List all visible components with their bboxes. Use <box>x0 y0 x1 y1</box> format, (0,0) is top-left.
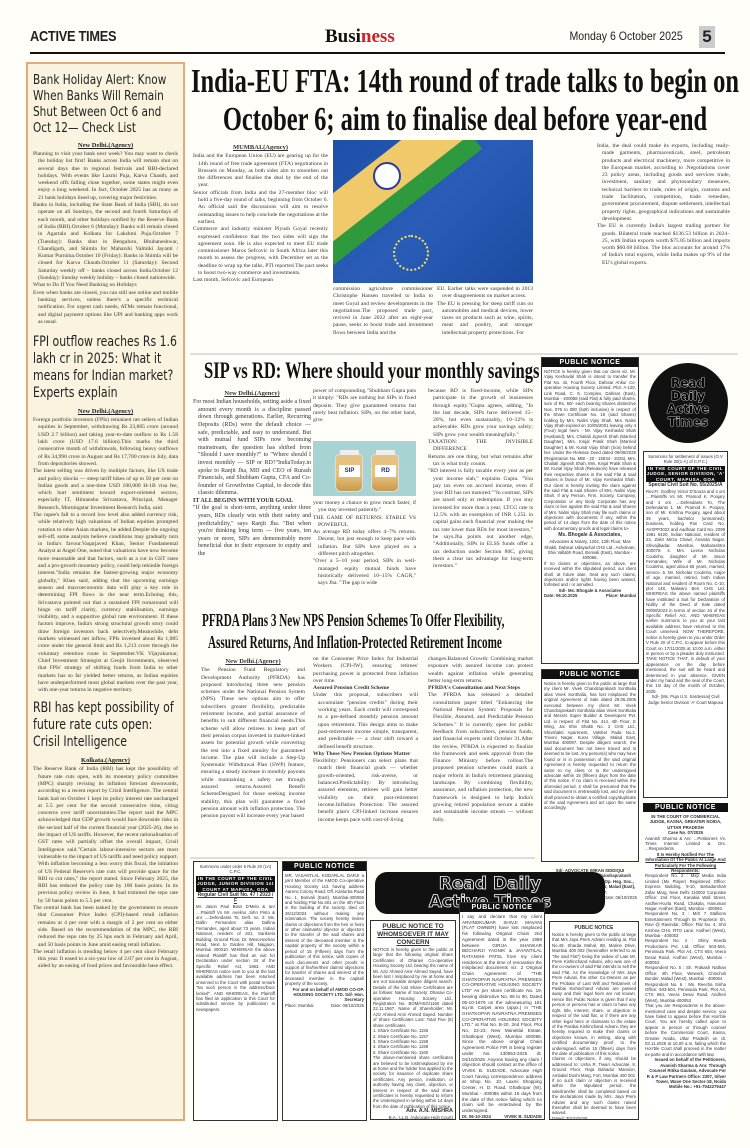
paragraph: commission agriculture commissioner Chri… <box>333 286 433 337</box>
subheading: THE GAME OF RETURNS: STABLE VS POWERFUL <box>313 515 416 530</box>
paragraph: Commerce and industry minister Piyush Go… <box>193 226 328 277</box>
paragraph: The PFRDA has released a detailed consul… <box>428 692 533 823</box>
notice-title: PUBLIC NOTICE <box>542 358 638 367</box>
divider <box>190 353 738 355</box>
article-headline: Bank Holiday Alert: Know When Banks Will… <box>33 72 178 136</box>
notice-date: Date: 06/10/2025 <box>331 1003 364 1008</box>
notice-place: Place: Mumbai <box>462 1119 492 1120</box>
notice-date: Date: 06.10.2025 <box>544 593 577 598</box>
sip-jar: SIP <box>335 454 363 492</box>
paragraph: changes.Balanced Growth: Combining marke… <box>428 656 533 685</box>
paragraph: India, the deal could make its exports, … <box>597 143 730 223</box>
subheading: Why These New Pension Options Matter <box>313 751 418 758</box>
paragraph: "Over a 5–10 year period, SIPs in well-m… <box>313 558 416 587</box>
notice-date: Date: 06/10/2025 <box>604 895 637 900</box>
notice-body: Notice is hereby given to the public at … <box>552 932 636 1056</box>
notice-body: NOTICE is hereby given that our client v… <box>544 369 636 531</box>
notice-footer: If no claims or objections, as above, ar… <box>544 561 636 588</box>
paragraph: Flexibility: Pensioners can select plans… <box>313 758 418 824</box>
paragraph: What to Do If You Need Banking on Holida… <box>33 282 178 289</box>
subheading: Assured Pension Credit Scheme <box>313 685 418 692</box>
notice-role: B.A., LL.B. (Advocate High Court) Lawyer… <box>373 1115 453 1120</box>
notice-address: Advocates & Notary, 1202, 12th Floor, Ma… <box>544 539 636 561</box>
paragraph: Even when banks are closed, you can stil… <box>33 290 178 326</box>
notice-body: Notice is hereby given to the public at … <box>544 681 636 811</box>
subheading: TAXATION: THE INVISIBLE DIFFERENCE <box>428 439 533 454</box>
court-summons-mapusa-junior: Summons under order 5 Rule 20 (1A) C.P.C… <box>193 861 278 1121</box>
notice-body: NOTICE is hereby given to the public at … <box>373 947 453 1028</box>
public-notice-amod: PUBLIC NOTICE MR. VASANTLAL KODARLAL DAR… <box>282 861 367 1121</box>
notice-intro: It Is Hereby Notified For The Informatio… <box>645 852 726 874</box>
paragraph: Under this proposal, subscribers will ac… <box>313 692 418 750</box>
notice-date: Dated: 30/10/2025 <box>552 1116 636 1120</box>
respondent: Respondent No. 3 : M/S 7 Stallions Enter… <box>645 911 726 938</box>
public-notice-commercial-court: PUBLIC NOTICE IN THE COURT OF COMMERCIAL… <box>643 803 728 1115</box>
subheading: PFRDA's Consultation and Next Steps <box>428 685 533 692</box>
notice-title: PUBLIC NOTICE <box>643 803 728 812</box>
summons-court: IN THE COURT OF THE CIVIL JUDGE, JUNIOR … <box>196 876 275 893</box>
article-body: The Reserve Bank of India (RBI) has kept… <box>33 766 178 970</box>
notice-tail: If no such claim or objection is receive… <box>552 1078 636 1116</box>
paragraph: The EU is pressing for steep tariff cuts… <box>437 301 533 337</box>
dateline: New Delhi.(Agency) <box>33 408 178 415</box>
summons-sign: Sd/- (Ms. Puja U.S. Sardessai) Civil Jud… <box>646 694 725 705</box>
sip-col-1: New Delhi.(Agency) For most Indian house… <box>193 388 311 558</box>
article-body: Foreign portfolio investors (FPIs) remai… <box>33 417 178 694</box>
notice-footer: Issued on behalf of the Petitioners, Ava… <box>645 1057 726 1089</box>
paragraph: your money a chance to grow much faster,… <box>313 500 416 515</box>
paragraph: Returns are one thing, but what remains … <box>428 454 533 469</box>
lead-col-3: EU. Earlier talks were suspended in 2013… <box>437 286 533 337</box>
paragraph: "If the goal is short-term, anything und… <box>193 505 311 558</box>
paragraph: EU. Earlier talks were suspended in 2013… <box>437 286 533 301</box>
pfrda-col-1: New Delhi.(Agency) The Pension Fund Regu… <box>201 656 305 821</box>
paragraph: The Pension Fund Regulatory and Developm… <box>201 667 305 820</box>
summons-court: IN THE COURT OF THE CIVIL JUDGE, SENIOR … <box>646 466 725 483</box>
lead-headline: India-EU FTA: 14th round of trade talks … <box>190 63 740 139</box>
paragraph: Senior officials from India and the 27-m… <box>193 190 328 226</box>
notice-court: IN THE COURT OF COMMERCIAL JUDGE, KASNA,… <box>645 814 726 830</box>
respondent: Respondent No. 5 : Sh. Prakash Nathan Of… <box>645 965 726 981</box>
public-notice-sonthalia: PUBLIC NOTICE Notice is hereby given to … <box>541 669 639 862</box>
eu-stars-icon <box>393 235 429 271</box>
article-headline: RBI has kept possibility of future rate … <box>33 700 178 751</box>
left-column: Bank Holiday Alert: Know When Banks Will… <box>26 62 185 1121</box>
paragraph: India and the European Union (EU) are ge… <box>193 153 328 189</box>
paragraph: Banks in India, including the State Bank… <box>33 202 178 282</box>
paragraph: The rupee's fall to a record low level a… <box>33 512 178 694</box>
notice-role: Advocate High Court <box>499 1119 542 1120</box>
paragraph: "RD interest is fully taxable every year… <box>428 468 533 570</box>
respondent: Respondent No. 4 : Shiny Keeda Productio… <box>645 938 726 965</box>
paragraph: power of compounding."Shubham Gupta puts… <box>313 388 416 424</box>
lead-col-4: India, the deal could make its exports, … <box>597 143 730 267</box>
summons-header: Summons under order 5 Rule 20 (1A) C.P.C… <box>196 864 275 875</box>
sip-col-2: power of compounding."Shubham Gupta puts… <box>313 388 416 424</box>
dateline: MUMBAI.(Agency) <box>193 144 328 151</box>
paragraph: The retail inflation is trending below 4… <box>33 949 178 971</box>
respondent: Respondent No. 2 : Mxp Media India Limit… <box>645 873 726 911</box>
page-header: ACTIVE TIMES Business Monday 6 October 2… <box>30 24 725 54</box>
paragraph: Planning to visit your bank next week? Y… <box>33 151 178 202</box>
paragraph: Last month, Sefcovic and European <box>193 277 328 284</box>
paragraph: An average RD today offers 4–7% returns.… <box>313 529 416 558</box>
divider <box>190 857 535 859</box>
paragraph: The Reserve Bank of India (RBI) has kept… <box>33 766 178 905</box>
article-headline: FPI outflow reaches Rs 1.6 lakh cr in 20… <box>33 334 178 402</box>
india-eu-flag-photo <box>333 140 533 283</box>
banner-line: Read Daily <box>439 874 542 894</box>
notice-body: I say and declare that my client ARVINDK… <box>462 914 542 1114</box>
paragraph: For most Indian households, setting asid… <box>193 399 311 498</box>
notice-title: PUBLIC NOTICE <box>283 862 366 871</box>
chakra-icon <box>373 162 401 190</box>
pfrda-col-2: on the Consumer Price Index for Industri… <box>313 656 418 824</box>
pfrda-headline-line1: PFRDA Plans 3 New NPS Pension Schemes To… <box>202 610 504 631</box>
paragraph: on the Consumer Price Index for Industri… <box>313 656 418 685</box>
lead-col-1: MUMBAI.(Agency) India and the European U… <box>193 142 328 285</box>
summons-suit: Special Civil Suit No. 55/2025/A <box>646 483 725 488</box>
section-title: Business <box>325 26 395 48</box>
article-body: Planning to visit your bank next week? Y… <box>33 151 178 326</box>
notice-footer: For and on behalf of AMOD CO-OP. HOUSING… <box>285 987 364 1003</box>
notice-place: Place: Mumbai <box>285 1003 313 1008</box>
notice-address: Claims or objections, if any, should be … <box>552 1056 636 1078</box>
notice-title: PUBLIC NOTICE <box>542 670 638 679</box>
respondent: Respondent No. 6 : Ms. Reecha Sinha Offi… <box>645 982 726 1004</box>
notice-body: MR. VASANTLAL KODARLAL DARJI a joint Mem… <box>285 873 364 987</box>
notice-signatory: Ms. Bhogale & Associates, <box>544 531 636 539</box>
dateline: New Delhi.(Agency) <box>33 142 178 149</box>
paragraph: The central bank has been tasked by the … <box>33 905 178 949</box>
rd-jar: RD <box>371 454 399 492</box>
lead-col-2: commission agriculture commissioner Chri… <box>333 286 433 337</box>
sip-col-2b: your money a chance to grow much faster,… <box>313 500 416 588</box>
notice-tail: The above-mentioned share certificates a… <box>373 1055 453 1109</box>
lead-headline-wrap: India-EU FTA: 14th round of trade talks … <box>190 63 740 143</box>
section-title-part2: ness <box>361 26 395 47</box>
notice-title: PUBLIC NOTICE TO WHOMSOEVER IT MAY CONCE… <box>373 923 453 947</box>
notice-title: PUBLIC NOTICE <box>552 924 636 932</box>
public-notice-ghatkopar: PUBLIC NOTICE I say and declare that my … <box>459 902 545 1120</box>
sip-rd-jars-photo: SIP RD <box>313 441 416 496</box>
notice-parties: Avanish Sharma & Anr. ...Petitioners Vs.… <box>645 836 726 852</box>
public-notice-shah: PUBLIC NOTICE NOTICE is hereby given tha… <box>541 357 639 664</box>
paragraph: The latest selling was driven by multipl… <box>33 468 178 512</box>
summons-header: Summons for settlement of issues (O.V Ru… <box>646 454 725 465</box>
section-title-part1: Busi <box>325 26 361 47</box>
read-daily-active-times-badge: Read Daily Active Times <box>648 363 728 443</box>
summons-suit: Regular Civil Suit No. 47 / 2023 / F <box>196 893 275 904</box>
court-summons-mapusa-senior: Summons for settlement of issues (O.V Ru… <box>643 451 728 798</box>
paragraph: because RD is fixed-income, while SIPs p… <box>428 388 533 439</box>
page-number: 5 <box>699 26 715 48</box>
paragraph: Foreign portfolio investors (FPIs) remai… <box>33 417 178 468</box>
sip-headline: SIP vs RD: Where should your monthly sav… <box>204 358 560 384</box>
summons-body: Rev.Fr. Godfrey Victor D'Souza and 4 ors… <box>646 489 725 694</box>
masthead-brand: ACTIVE TIMES <box>30 28 116 45</box>
dateline: New Delhi.(Agency) <box>201 658 305 665</box>
dateline: Kolkata.(Agency) <box>33 757 178 764</box>
dateline: New Delhi.(Agency) <box>193 390 311 397</box>
pfrda-col-3: changes.Balanced Growth: Combining marke… <box>428 656 533 824</box>
summons-body: Mr. Jason Paul Bass D'Melo & anr ....Pla… <box>196 904 275 1012</box>
notice-place: Place: Mumbai <box>606 593 636 598</box>
pfrda-headline-line2: Assured Returns, And Inflation-Protected… <box>208 632 502 653</box>
notice-title: PUBLIC NOTICE <box>460 903 544 912</box>
sip-col-3: because RD is fixed-income, while SIPs p… <box>428 388 533 570</box>
issue-date: Monday 6 October 2025 <box>570 29 683 43</box>
public-notice-dharavi: PUBLIC NOTICE TO WHOMSOEVER IT MAY CONCE… <box>370 920 456 1120</box>
badge-line: Times <box>668 416 708 429</box>
paragraph: The EU is currently India's largest trad… <box>597 223 730 267</box>
notice-body: That you are Respondents in the above-me… <box>645 1003 726 1057</box>
public-notice-advani: PUBLIC NOTICE Notice is hereby given to … <box>549 921 639 1120</box>
